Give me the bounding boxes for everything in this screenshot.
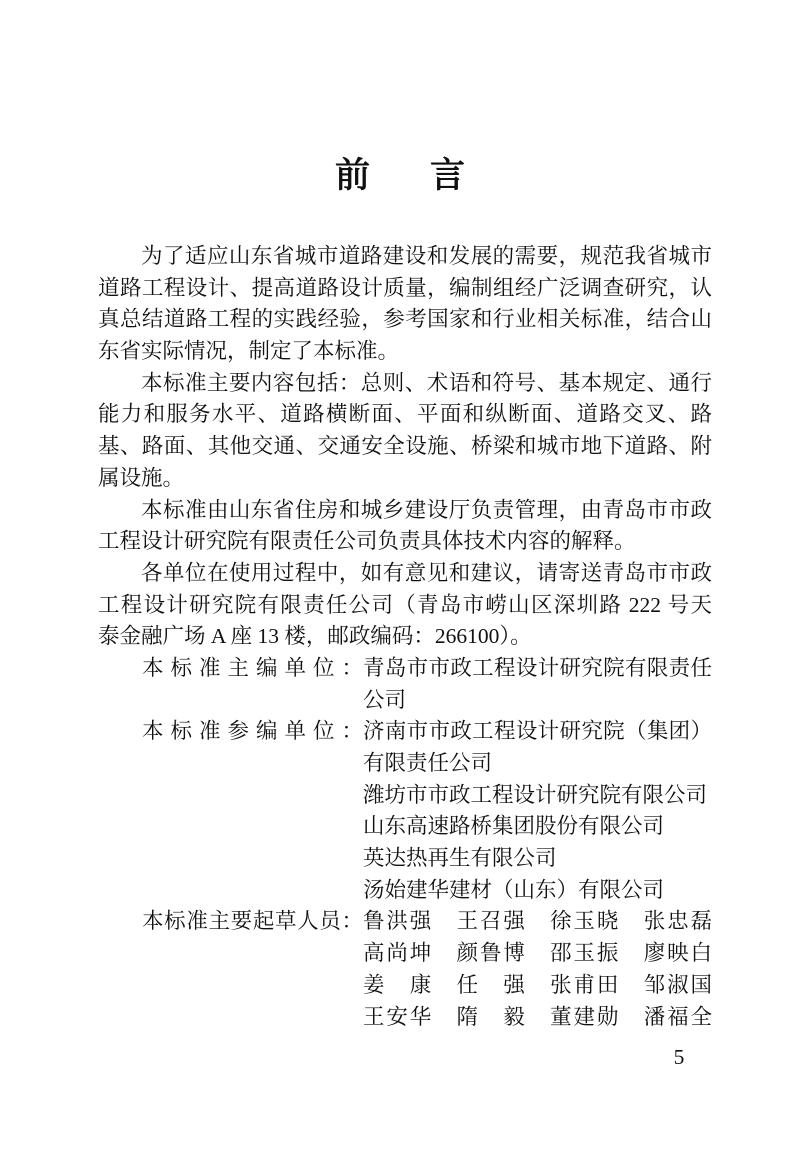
line-text: 英达热再生有限公司 — [363, 846, 557, 870]
text-line: 工程设计研究院有限责任公司（青岛市崂山区深圳路 222 号天 — [98, 590, 712, 622]
line-label: 本标准参编单位： — [142, 716, 363, 748]
text-line: 各单位在使用过程中，如有意见和建议，请寄送青岛市市政 — [98, 558, 712, 590]
line-text: 高尚坤 颜鲁博 邵玉振 廖映白 — [363, 941, 712, 965]
document-body: 为了适应山东省城市道路建设和发展的需要，规范我省城市 道路工程设计、提高道路设计… — [98, 241, 712, 1033]
line-text: 青岛市市政工程设计研究院有限责任 — [363, 653, 712, 685]
line-text: 工程设计研究院有限责任公司负责具体技术内容的解释。 — [98, 529, 636, 553]
text-line: 英达热再生有限公司 — [98, 843, 712, 875]
text-line: 潍坊市市政工程设计研究院有限公司 — [98, 780, 712, 812]
text-line: 工程设计研究院有限责任公司负责具体技术内容的解释。 — [98, 526, 712, 558]
text-line: 公司 — [98, 685, 712, 717]
text-line: 基、路面、其他交通、交通安全设施、桥梁和城市地下道路、附 — [98, 431, 712, 463]
title-char-left: 前 — [335, 156, 370, 196]
text-line: 能力和服务水平、道路横断面、平面和纵断面、道路交叉、路 — [98, 399, 712, 431]
line-text: 有限责任公司 — [363, 751, 492, 775]
text-line: 山东高速路桥集团股份有限公司 — [98, 811, 712, 843]
line-text: 各单位在使用过程中，如有意见和建议，请寄送青岛市市政 — [141, 561, 712, 585]
document-page: 前 言 为了适应山东省城市道路建设和发展的需要，规范我省城市 道路工程设计、提高… — [0, 0, 800, 1159]
line-text: 潍坊市市政工程设计研究院有限公司 — [363, 783, 707, 807]
text-line: 王安华 隋 毅 董建勋 潘福全 — [98, 1002, 712, 1034]
text-line: 真总结道路工程的实践经验，参考国家和行业相关标准，结合山 — [98, 304, 712, 336]
line-text: 基、路面、其他交通、交通安全设施、桥梁和城市地下道路、附 — [98, 434, 712, 458]
line-text: 汤始建华建材（山东）有限公司 — [363, 878, 664, 902]
text-line: 高尚坤 颜鲁博 邵玉振 廖映白 — [98, 938, 712, 970]
text-line: 属设施。 — [98, 463, 712, 495]
line-text: 东省实际情况，制定了本标准。 — [98, 339, 399, 363]
line-text: 属设施。 — [98, 466, 184, 490]
text-line: 东省实际情况，制定了本标准。 — [98, 336, 712, 368]
text-line: 为了适应山东省城市道路建设和发展的需要，规范我省城市 — [98, 241, 712, 273]
text-line: 泰金融广场 A 座 13 楼，邮政编码：266100）。 — [98, 621, 712, 653]
line-text: 能力和服务水平、道路横断面、平面和纵断面、道路交叉、路 — [98, 402, 712, 426]
title-char-right: 言 — [430, 156, 465, 196]
text-line: 本标准由山东省住房和城乡建设厅负责管理，由青岛市市政 — [98, 495, 712, 527]
page-number: 5 — [668, 1043, 690, 1071]
page-title: 前 言 — [0, 156, 800, 196]
line-text: 道路工程设计、提高道路设计质量，编制组经广泛调查研究，认 — [98, 276, 712, 300]
text-line: 本标准主编单位： 青岛市市政工程设计研究院有限责任 — [98, 653, 712, 685]
text-line: 本标准参编单位： 济南市市政工程设计研究院（集团） — [98, 716, 712, 748]
line-text: 工程设计研究院有限责任公司（青岛市崂山区深圳路 222 号天 — [98, 593, 712, 617]
text-line: 汤始建华建材（山东）有限公司 — [98, 875, 712, 907]
line-text: 为了适应山东省城市道路建设和发展的需要，规范我省城市 — [141, 244, 712, 268]
line-text: 公司 — [363, 688, 406, 712]
line-text: 济南市市政工程设计研究院（集团） — [363, 716, 712, 748]
text-line: 姜 康 任 强 张甫田 邹淑国 — [98, 970, 712, 1002]
line-label: 本标准主编单位： — [142, 653, 363, 685]
line-text: 本标准由山东省住房和城乡建设厅负责管理，由青岛市市政 — [141, 498, 712, 522]
line-text: 本标准主要内容包括：总则、术语和符号、基本规定、通行 — [141, 371, 712, 395]
line-text: 真总结道路工程的实践经验，参考国家和行业相关标准，结合山 — [98, 307, 712, 331]
line-text: 泰金融广场 A 座 13 楼，邮政编码：266100）。 — [98, 624, 532, 648]
line-text: 王安华 隋 毅 董建勋 潘福全 — [363, 1005, 712, 1029]
text-line: 本标准主要内容包括：总则、术语和符号、基本规定、通行 — [98, 368, 712, 400]
line-text: 姜 康 任 强 张甫田 邹淑国 — [363, 973, 712, 997]
line-text: 鲁洪强 王召强 徐玉晓 张忠磊 — [363, 906, 712, 938]
text-line: 本标准主要起草人员： 鲁洪强 王召强 徐玉晓 张忠磊 — [98, 906, 712, 938]
line-label: 本标准主要起草人员： — [142, 906, 363, 938]
text-line: 有限责任公司 — [98, 748, 712, 780]
text-line: 道路工程设计、提高道路设计质量，编制组经广泛调查研究，认 — [98, 273, 712, 305]
line-text: 山东高速路桥集团股份有限公司 — [363, 814, 664, 838]
